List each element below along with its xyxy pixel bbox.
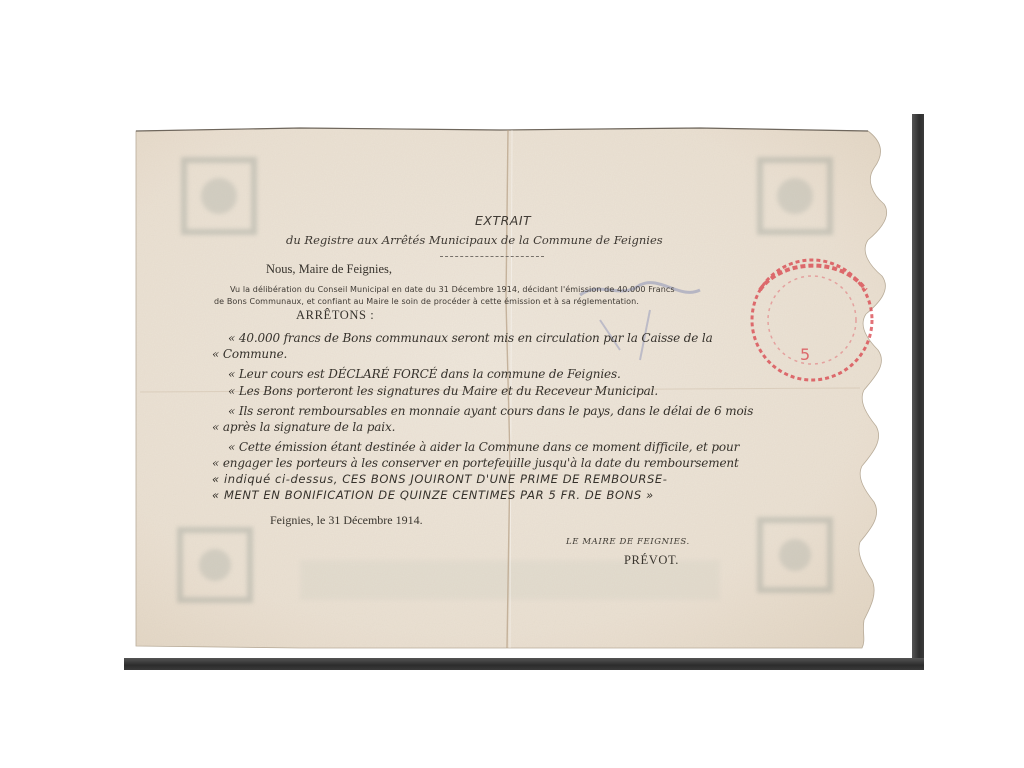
document-text: EXTRAIT du Registre aux Arrêtés Municipa… [0, 0, 1024, 768]
document-title: EXTRAIT [475, 213, 531, 228]
article-line: « Cette émission étant destinée à aider … [228, 440, 739, 454]
decorative-rule [440, 252, 544, 257]
article-line: « 40.000 francs de Bons communaux seront… [228, 331, 713, 345]
preamble-line-2: de Bons Communaux, et confiant au Maire … [214, 297, 639, 306]
signatory-title: LE MAIRE DE FEIGNIES. [566, 537, 690, 547]
article-line: « après la signature de la paix. [212, 420, 395, 434]
article-line: « engager les porteurs à les conserver e… [212, 456, 739, 470]
article-line: « indiqué ci-dessus, CES BONS JOUIRONT D… [212, 472, 668, 486]
document-subtitle: du Registre aux Arrêtés Municipaux de la… [286, 233, 663, 247]
article-line: « Les Bons porteront les signatures du M… [228, 384, 658, 398]
article-line: « Ils seront remboursables en monnaie ay… [228, 404, 753, 418]
article-line: « Leur cours est DÉCLARÉ FORCÉ dans la c… [228, 367, 621, 381]
article-line: « Commune. [212, 347, 287, 361]
article-line: « MENT EN BONIFICATION DE QUINZE CENTIME… [212, 488, 654, 502]
decree-heading: ARRÊTONS : [296, 308, 374, 323]
place-date: Feignies, le 31 Décembre 1914. [270, 513, 423, 528]
signatory-name: PRÉVOT. [624, 553, 679, 568]
preamble-line-1: Vu la délibération du Conseil Municipal … [230, 285, 675, 294]
salutation: Nous, Maire de Feignies, [266, 262, 392, 277]
